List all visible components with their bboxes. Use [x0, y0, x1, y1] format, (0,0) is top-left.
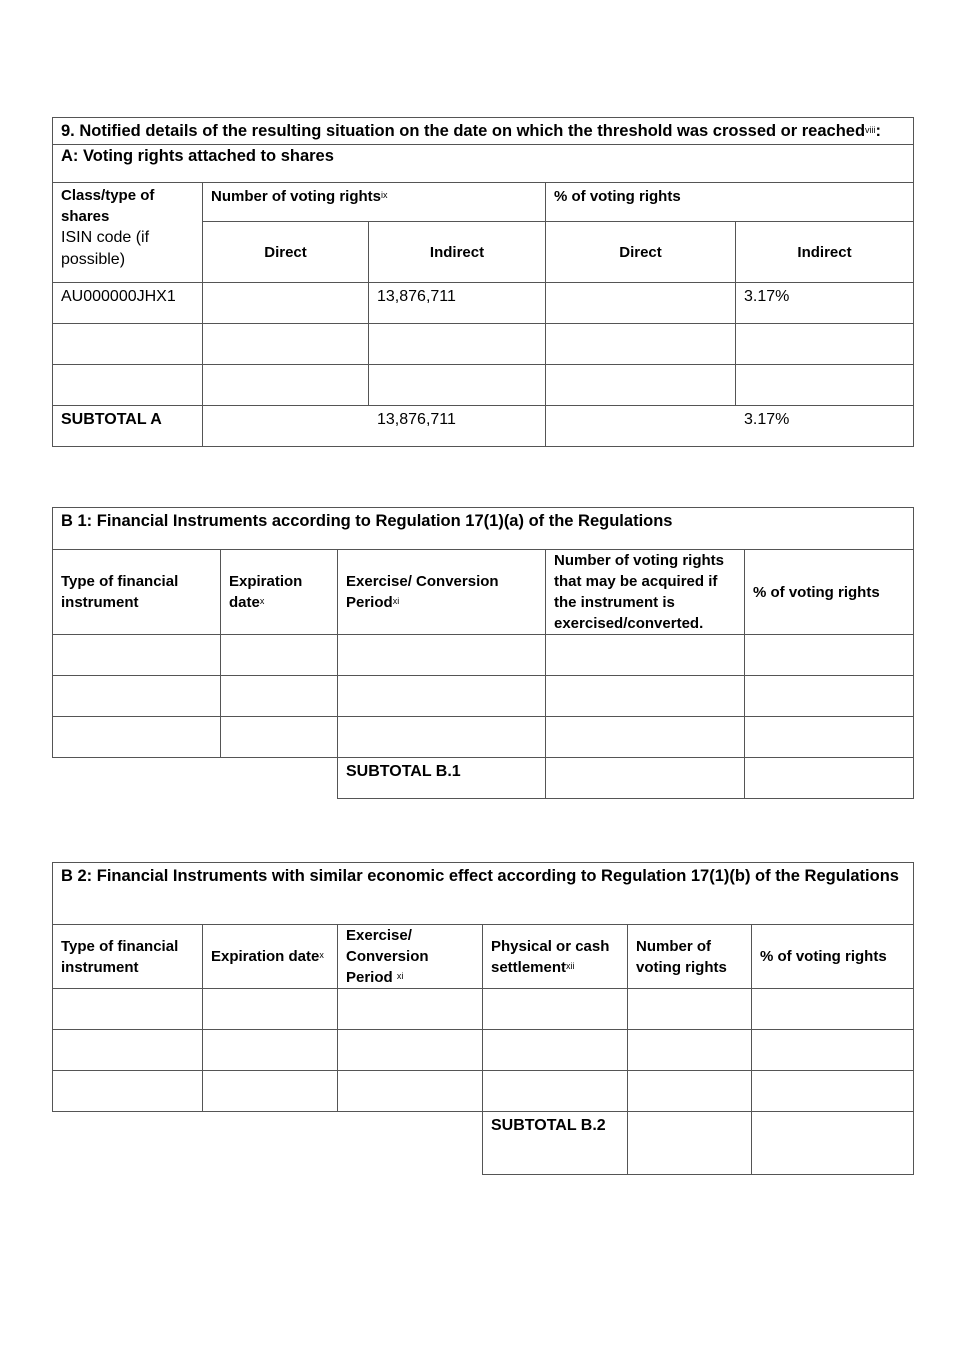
b2-number-header: Number of voting rights [628, 925, 752, 989]
table-b2-title: B 2: Financial Instruments with similar … [53, 863, 914, 925]
subtotal-b2-row: SUBTOTAL B.2 [53, 1112, 914, 1175]
table-row: AU000000JHX1 13,876,711 3.17% [53, 283, 914, 324]
num-indirect-cell [369, 365, 546, 406]
section-9-heading: 9. Notified details of the resulting sit… [53, 118, 914, 145]
table-row [53, 324, 914, 365]
subtotal-a-percent: 3.17% [546, 406, 914, 447]
number-voting-rights-header: Number of voting rightsix [203, 183, 546, 222]
pct-indirect-cell [736, 324, 914, 365]
subtotal-b1-label: SUBTOTAL B.1 [338, 758, 546, 799]
b1-number-header: Number of voting rights that may be acqu… [546, 550, 745, 635]
b2-exercise-header: Exercise/ Conversion Period xi [338, 925, 483, 989]
table-row [53, 676, 914, 717]
table-row [53, 1071, 914, 1112]
financial-instruments-table-b1: B 1: Financial Instruments according to … [52, 507, 914, 799]
b1-type-header: Type of financial instrument [53, 550, 221, 635]
financial-instruments-table-b2: B 2: Financial Instruments with similar … [52, 862, 914, 1175]
subtotal-b1-row: SUBTOTAL B.1 [53, 758, 914, 799]
subtotal-b1-number [546, 758, 745, 799]
pct-direct-cell [546, 283, 736, 324]
pct-direct-cell [546, 365, 736, 406]
subtotal-b1-percent [745, 758, 914, 799]
subtotal-a-label: SUBTOTAL A [53, 406, 203, 447]
class-cell [53, 324, 203, 365]
number-indirect-header: Indirect [369, 222, 546, 283]
pct-indirect-cell: 3.17% [736, 283, 914, 324]
class-cell: AU000000JHX1 [53, 283, 203, 324]
b2-percent-header: % of voting rights [752, 925, 914, 989]
percent-direct-header: Direct [546, 222, 736, 283]
b2-settlement-header: Physical or cash settlementxii [483, 925, 628, 989]
percent-voting-rights-header: % of voting rights [546, 183, 914, 222]
subtotal-b2-label: SUBTOTAL B.2 [483, 1112, 628, 1175]
num-direct-cell [203, 283, 369, 324]
subtotal-a-number: 13,876,711 [203, 406, 546, 447]
pct-direct-cell [546, 324, 736, 365]
table-a-title: A: Voting rights attached to shares [53, 145, 914, 183]
subtotal-a-row: SUBTOTAL A 13,876,711 3.17% [53, 406, 914, 447]
table-row [53, 365, 914, 406]
num-indirect-cell: 13,876,711 [369, 283, 546, 324]
b1-expiration-header: Expiration datex [221, 550, 338, 635]
table-row [53, 717, 914, 758]
pct-indirect-cell [736, 365, 914, 406]
num-direct-cell [203, 365, 369, 406]
b2-expiration-header: Expiration datex [203, 925, 338, 989]
table-row [53, 989, 914, 1030]
class-type-header: Class/type of shares ISIN code (if possi… [53, 183, 203, 283]
b1-percent-header: % of voting rights [745, 550, 914, 635]
voting-rights-table-a: 9. Notified details of the resulting sit… [52, 117, 914, 447]
number-direct-header: Direct [203, 222, 369, 283]
percent-indirect-header: Indirect [736, 222, 914, 283]
subtotal-b2-number [628, 1112, 752, 1175]
num-indirect-cell [369, 324, 546, 365]
table-row [53, 635, 914, 676]
class-cell [53, 365, 203, 406]
num-direct-cell [203, 324, 369, 365]
b1-exercise-header: Exercise/ Conversion Periodxi [338, 550, 546, 635]
table-b1-title: B 1: Financial Instruments according to … [53, 508, 914, 550]
b2-type-header: Type of financial instrument [53, 925, 203, 989]
subtotal-b2-percent [752, 1112, 914, 1175]
table-row [53, 1030, 914, 1071]
